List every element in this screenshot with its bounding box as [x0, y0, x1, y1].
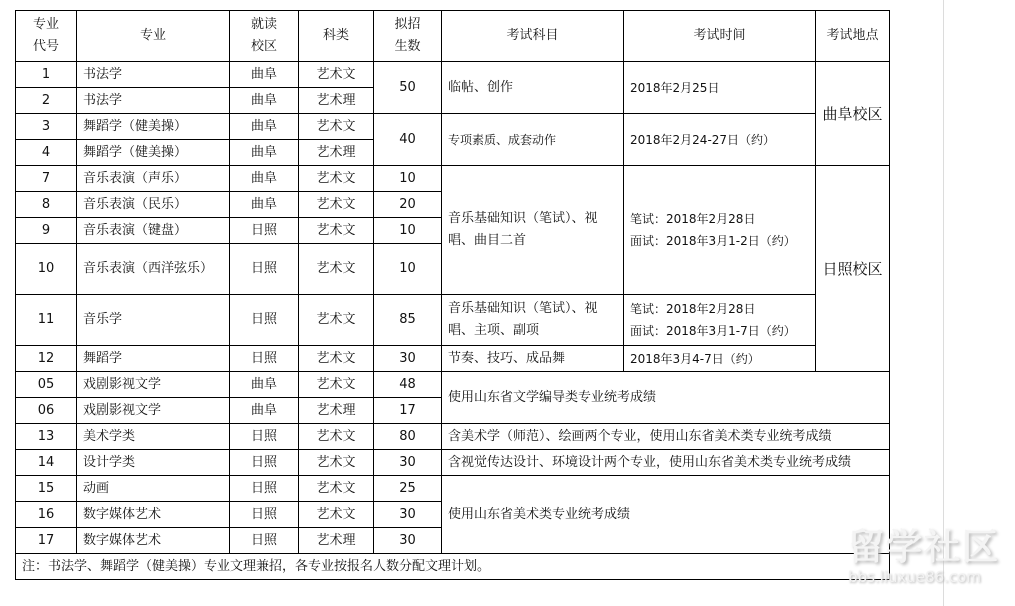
cell-code: 17 — [16, 528, 77, 554]
cell-category: 艺术文 — [299, 424, 374, 450]
cell-quota: 50 — [374, 62, 442, 114]
cell-category: 艺术理 — [299, 88, 374, 114]
cell-campus: 日照 — [230, 346, 299, 372]
cell-code: 05 — [16, 372, 77, 398]
cell-quota: 30 — [374, 450, 442, 476]
header-row: 专业代号 专业 就读校区 科类 拟招生数 考试科目 考试时间 考试地点 — [16, 11, 890, 62]
cell-campus: 曲阜 — [230, 166, 299, 192]
header-subjects: 考试科目 — [442, 11, 624, 62]
table-row: 3 舞蹈学（健美操） 曲阜 艺术文 40 专项素质、成套动作 2018年2月24… — [16, 114, 890, 140]
cell-code: 14 — [16, 450, 77, 476]
cell-time: 笔试：2018年2月28日面试：2018年3月1-7日（约） — [624, 295, 816, 346]
cell-code: 15 — [16, 476, 77, 502]
cell-time: 笔试：2018年2月28日面试：2018年3月1-2日（约） — [624, 166, 816, 295]
cell-code: 13 — [16, 424, 77, 450]
cell-time: 2018年3月4-7日（约） — [624, 346, 816, 372]
cell-major: 音乐表演（键盘） — [77, 218, 230, 244]
cell-campus: 日照 — [230, 528, 299, 554]
cell-quota: 30 — [374, 528, 442, 554]
cell-subjects: 专项素质、成套动作 — [442, 114, 624, 166]
cell-subjects: 临帖、创作 — [442, 62, 624, 114]
cell-quota: 30 — [374, 502, 442, 528]
cell-major: 书法学 — [77, 88, 230, 114]
cell-time: 2018年2月25日 — [624, 62, 816, 114]
cell-campus: 日照 — [230, 450, 299, 476]
cell-code: 3 — [16, 114, 77, 140]
table-note: 注：书法学、舞蹈学（健美操）专业文理兼招，各专业按报名人数分配文理计划。 — [16, 554, 890, 580]
cell-major: 音乐学 — [77, 295, 230, 346]
cell-code: 16 — [16, 502, 77, 528]
header-code: 专业代号 — [16, 11, 77, 62]
cell-code: 11 — [16, 295, 77, 346]
cell-major: 数字媒体艺术 — [77, 528, 230, 554]
cell-location: 日照校区 — [816, 166, 890, 372]
cell-code: 1 — [16, 62, 77, 88]
cell-major: 书法学 — [77, 62, 230, 88]
cell-category: 艺术文 — [299, 192, 374, 218]
cell-campus: 曲阜 — [230, 398, 299, 424]
table-row: 1 书法学 曲阜 艺术文 50 临帖、创作 2018年2月25日 曲阜校区 — [16, 62, 890, 88]
cell-category: 艺术理 — [299, 140, 374, 166]
cell-campus: 曲阜 — [230, 88, 299, 114]
cell-quota: 40 — [374, 114, 442, 166]
cell-code: 8 — [16, 192, 77, 218]
cell-major: 舞蹈学 — [77, 346, 230, 372]
cell-major: 戏剧影视文学 — [77, 372, 230, 398]
cell-code: 9 — [16, 218, 77, 244]
header-location: 考试地点 — [816, 11, 890, 62]
cell-category: 艺术文 — [299, 295, 374, 346]
cell-campus: 曲阜 — [230, 372, 299, 398]
cell-category: 艺术理 — [299, 528, 374, 554]
cell-quota: 10 — [374, 244, 442, 295]
cell-code: 7 — [16, 166, 77, 192]
cell-major: 舞蹈学（健美操） — [77, 140, 230, 166]
table-row: 05 戏剧影视文学 曲阜 艺术文 48 使用山东省文学编导类专业统考成绩 — [16, 372, 890, 398]
cell-remark: 含视觉传达设计、环境设计两个专业，使用山东省美术类专业统考成绩 — [442, 450, 890, 476]
cell-major: 设计学类 — [77, 450, 230, 476]
admissions-table: 专业代号 专业 就读校区 科类 拟招生数 考试科目 考试时间 考试地点 1 书法… — [15, 10, 890, 580]
cell-category: 艺术文 — [299, 114, 374, 140]
cell-major: 戏剧影视文学 — [77, 398, 230, 424]
cell-campus: 日照 — [230, 424, 299, 450]
cell-campus: 曲阜 — [230, 114, 299, 140]
table-row: 14 设计学类 日照 艺术文 30 含视觉传达设计、环境设计两个专业，使用山东省… — [16, 450, 890, 476]
cell-category: 艺术文 — [299, 372, 374, 398]
cell-category: 艺术文 — [299, 450, 374, 476]
cell-major: 音乐表演（西洋弦乐） — [77, 244, 230, 295]
cell-category: 艺术文 — [299, 62, 374, 88]
cell-major: 动画 — [77, 476, 230, 502]
page-margin-line — [943, 0, 944, 606]
cell-category: 艺术文 — [299, 502, 374, 528]
cell-campus: 日照 — [230, 476, 299, 502]
cell-category: 艺术文 — [299, 166, 374, 192]
header-category: 科类 — [299, 11, 374, 62]
cell-category: 艺术文 — [299, 218, 374, 244]
cell-quota: 48 — [374, 372, 442, 398]
cell-major: 音乐表演（民乐） — [77, 192, 230, 218]
cell-campus: 日照 — [230, 295, 299, 346]
cell-subjects: 音乐基础知识（笔试）、视唱、曲目二首 — [442, 166, 624, 295]
cell-quota: 25 — [374, 476, 442, 502]
cell-remark: 使用山东省美术类专业统考成绩 — [442, 476, 890, 554]
cell-quota: 17 — [374, 398, 442, 424]
note-row: 注：书法学、舞蹈学（健美操）专业文理兼招，各专业按报名人数分配文理计划。 — [16, 554, 890, 580]
header-time: 考试时间 — [624, 11, 816, 62]
cell-code: 4 — [16, 140, 77, 166]
cell-campus: 日照 — [230, 244, 299, 295]
cell-category: 艺术文 — [299, 476, 374, 502]
cell-category: 艺术文 — [299, 346, 374, 372]
table-row: 7 音乐表演（声乐） 曲阜 艺术文 10 音乐基础知识（笔试）、视唱、曲目二首 … — [16, 166, 890, 192]
cell-location: 曲阜校区 — [816, 62, 890, 166]
table-row: 12 舞蹈学 日照 艺术文 30 节奏、技巧、成品舞 2018年3月4-7日（约… — [16, 346, 890, 372]
cell-quota: 20 — [374, 192, 442, 218]
cell-quota: 30 — [374, 346, 442, 372]
header-major: 专业 — [77, 11, 230, 62]
cell-quota: 85 — [374, 295, 442, 346]
table-row: 15 动画 日照 艺术文 25 使用山东省美术类专业统考成绩 — [16, 476, 890, 502]
cell-remark: 使用山东省文学编导类专业统考成绩 — [442, 372, 890, 424]
cell-quota: 10 — [374, 218, 442, 244]
table-row: 13 美术学类 日照 艺术文 80 含美术学（师范）、绘画两个专业，使用山东省美… — [16, 424, 890, 450]
cell-major: 美术学类 — [77, 424, 230, 450]
cell-major: 舞蹈学（健美操） — [77, 114, 230, 140]
cell-category: 艺术理 — [299, 398, 374, 424]
cell-category: 艺术文 — [299, 244, 374, 295]
cell-code: 06 — [16, 398, 77, 424]
cell-time: 2018年2月24-27日（约） — [624, 114, 816, 166]
cell-campus: 曲阜 — [230, 192, 299, 218]
cell-remark: 含美术学（师范）、绘画两个专业，使用山东省美术类专业统考成绩 — [442, 424, 890, 450]
header-campus: 就读校区 — [230, 11, 299, 62]
table-row: 11 音乐学 日照 艺术文 85 音乐基础知识（笔试）、视唱、主项、副项 笔试：… — [16, 295, 890, 346]
cell-campus: 曲阜 — [230, 62, 299, 88]
cell-code: 2 — [16, 88, 77, 114]
cell-campus: 日照 — [230, 218, 299, 244]
cell-code: 12 — [16, 346, 77, 372]
cell-code: 10 — [16, 244, 77, 295]
cell-quota: 80 — [374, 424, 442, 450]
cell-subjects: 节奏、技巧、成品舞 — [442, 346, 624, 372]
cell-subjects: 音乐基础知识（笔试）、视唱、主项、副项 — [442, 295, 624, 346]
cell-campus: 日照 — [230, 502, 299, 528]
cell-quota: 10 — [374, 166, 442, 192]
cell-major: 音乐表演（声乐） — [77, 166, 230, 192]
cell-campus: 曲阜 — [230, 140, 299, 166]
header-quota: 拟招生数 — [374, 11, 442, 62]
cell-major: 数字媒体艺术 — [77, 502, 230, 528]
